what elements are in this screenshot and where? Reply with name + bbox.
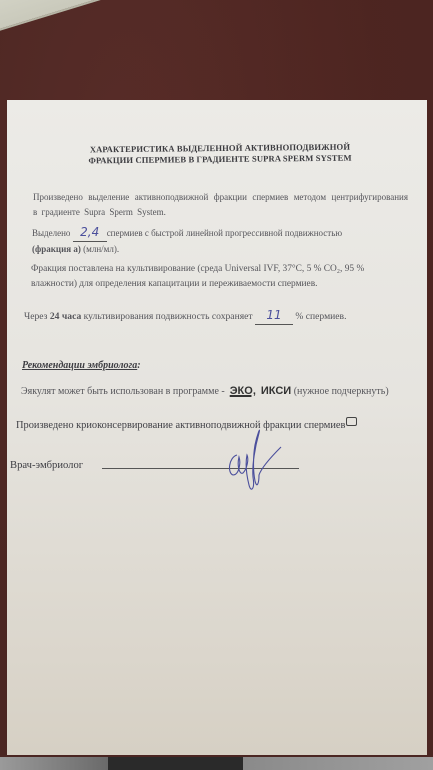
paragraph-extraction: Произведено выделение активноподвижной ф…	[33, 190, 408, 220]
signature-label: Врач-эмбриолог	[10, 460, 83, 471]
duration-label: 24 часа	[50, 311, 81, 322]
text: Выделено	[32, 228, 70, 238]
title-line-2: ФРАКЦИИ СПЕРМИЕВ В ГРАДИЕНТЕ SUPRA SPERM…	[55, 152, 385, 166]
option-eko: ЭКО,	[230, 385, 256, 397]
paragraph-culture: Фракция поставлена на культивирование (с…	[31, 262, 411, 292]
paragraph-isolated-count: Выделено 2,4спермиев с быстрой линейной …	[32, 225, 410, 257]
handwritten-percent-field: 11	[255, 308, 293, 325]
text: (нужное подчеркнуть)	[294, 386, 389, 397]
option-icsi: ИКСИ	[261, 385, 291, 397]
document-title: ХАРАКТЕРИСТИКА ВЫДЕЛЕННОЙ АКТИВНОПОДВИЖН…	[55, 141, 385, 166]
handwritten-percent: 11	[266, 308, 281, 322]
bottom-edge-objects	[0, 757, 433, 770]
cryopreservation-checkbox[interactable]	[346, 417, 357, 426]
handwritten-count-field: 2,4	[73, 225, 107, 242]
fraction-label: (фракция а)	[32, 244, 81, 254]
unit-label: (млн/мл).	[83, 244, 119, 254]
text: Через	[24, 311, 47, 322]
text: культивирования подвижность сохраняет	[84, 311, 253, 322]
handwritten-count: 2,4	[80, 225, 99, 239]
paragraph-cryopreservation: Произведено криоконсервирование активноп…	[16, 418, 416, 433]
text: спермиев с быстрой линейной прогрессивно…	[107, 228, 342, 238]
document-sheet: ХАРАКТЕРИСТИКА ВЫДЕЛЕННОЙ АКТИВНОПОДВИЖН…	[7, 100, 427, 755]
recommendations-heading: Рекомендации эмбриолога:	[22, 360, 141, 371]
paragraph-program: Эякулят может быть использован в програм…	[21, 384, 421, 399]
text: Эякулят может быть использован в програм…	[21, 386, 225, 397]
heading-text: Рекомендации эмбриолога	[22, 360, 137, 371]
heading-colon: :	[137, 360, 140, 371]
paragraph-motility: Через 24 часа культивирования подвижност…	[24, 308, 414, 325]
signature-icon	[219, 425, 299, 500]
text: % спермиев.	[295, 311, 346, 322]
